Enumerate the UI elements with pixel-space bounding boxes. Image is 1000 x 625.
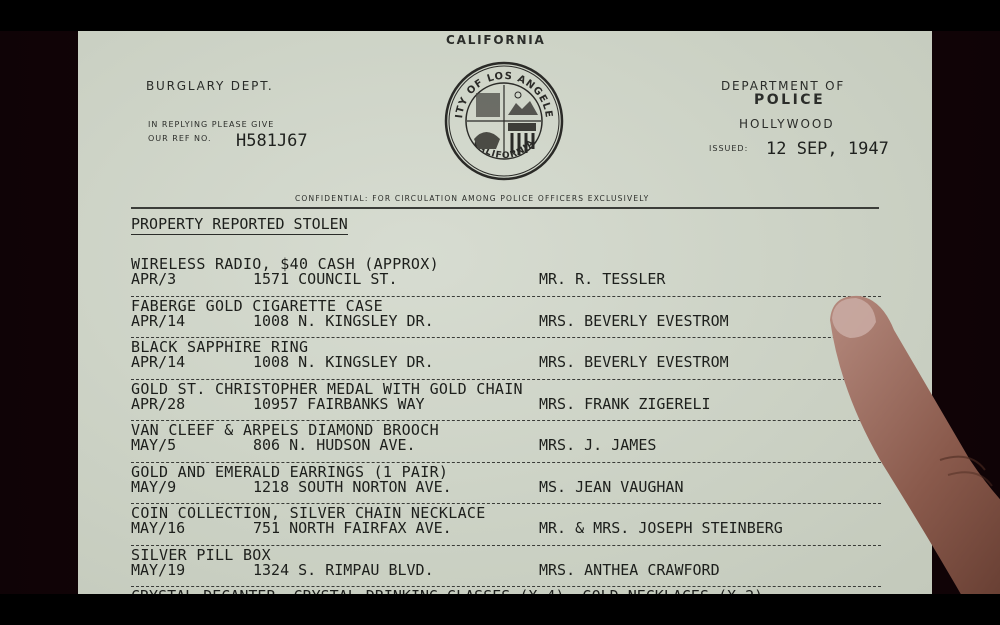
ref-no-label: OUR REF NO. [148,134,212,143]
list-item[interactable]: SILVER PILL BOX MAY/19 1324 S. RIMPAU BL… [131,546,881,588]
division-label: HOLLYWOOD [739,117,835,131]
confidential-notice: CONFIDENTIAL: FOR CIRCULATION AMONG POLI… [295,194,649,203]
item-victim: MR. & MRS. JOSEPH STEINBERG [539,519,783,537]
stolen-items-list: WIRELESS RADIO, $40 CASH (APPROX) APR/3 … [131,255,881,587]
item-date: APR/3 [131,270,176,288]
issued-label: ISSUED: [709,144,748,153]
police-label: POLICE [754,92,825,108]
city-seal-icon: CITY OF LOS ANGELES CALIFORNIA [442,59,566,183]
list-item[interactable]: COIN COLLECTION, SILVER CHAIN NECKLACE M… [131,504,881,546]
issued-date: 12 SEP, 1947 [766,139,889,159]
section-title: PROPERTY REPORTED STOLEN [131,215,348,235]
item-address: 1324 S. RIMPAU BLVD. [253,561,434,579]
item-date: APR/28 [131,395,185,413]
letterbox-bottom [0,594,1000,625]
item-victim: MR. R. TESSLER [539,270,665,288]
item-victim: MRS. J. JAMES [539,436,656,454]
stolen-property-document[interactable]: CALIFORNIA BURGLARY DEPT. IN REPLYING PL… [78,31,932,594]
item-date: MAY/19 [131,561,185,579]
item-victim: MRS. ANTHEA CRAWFORD [539,561,720,579]
item-address: 806 N. HUDSON AVE. [253,436,416,454]
item-date: MAY/16 [131,519,185,537]
item-address: 10957 FAIRBANKS WAY [253,395,425,413]
list-item[interactable]: VAN CLEEF & ARPELS DIAMOND BROOCH MAY/5 … [131,421,881,463]
item-address: 751 NORTH FAIRFAX AVE. [253,519,452,537]
item-victim: MRS. BEVERLY EVESTROM [539,312,729,330]
letterbox-top [0,0,1000,31]
item-address: 1008 N. KINGSLEY DR. [253,353,434,371]
item-address: 1571 COUNCIL ST. [253,270,398,288]
header-divider [131,207,879,209]
state-heading: CALIFORNIA [446,33,546,47]
item-victim: MRS. BEVERLY EVESTROM [539,353,729,371]
burglary-dept-label: BURGLARY DEPT. [146,79,274,93]
list-item[interactable]: GOLD ST. CHRISTOPHER MEDAL WITH GOLD CHA… [131,380,881,422]
item-victim: MRS. FRANK ZIGERELI [539,395,711,413]
list-item[interactable]: FABERGE GOLD CIGARETTE CASE APR/14 1008 … [131,297,881,339]
department-of-label: DEPARTMENT OF [721,79,845,93]
item-date: APR/14 [131,312,185,330]
item-victim: MS. JEAN VAUGHAN [539,478,684,496]
item-date: MAY/5 [131,436,176,454]
reply-instruction: IN REPLYING PLEASE GIVE [148,120,274,129]
item-address: 1008 N. KINGSLEY DR. [253,312,434,330]
item-date: MAY/9 [131,478,176,496]
list-item[interactable]: BLACK SAPPHIRE RING APR/14 1008 N. KINGS… [131,338,881,380]
list-item[interactable]: GOLD AND EMERALD EARRINGS (1 PAIR) MAY/9… [131,463,881,505]
list-item[interactable]: WIRELESS RADIO, $40 CASH (APPROX) APR/3 … [131,255,881,297]
item-date: APR/14 [131,353,185,371]
ref-number: H581J67 [236,131,308,151]
partial-list-item: CRYSTAL DECANTER, CRYSTAL DRINKING GLASS… [131,587,763,594]
item-address: 1218 SOUTH NORTON AVE. [253,478,452,496]
